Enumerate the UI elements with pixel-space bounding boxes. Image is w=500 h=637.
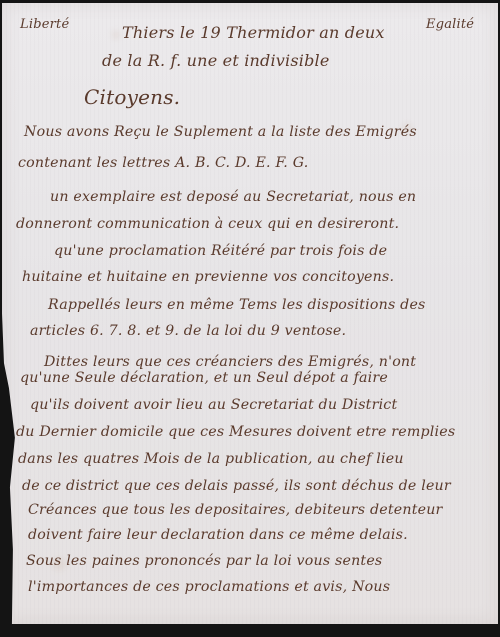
header-date-line: Thiers le 19 Thermidor an deux (122, 23, 385, 42)
body-line: Dittes leurs que ces créanciers des Emig… (44, 354, 416, 370)
body-line: donneront communication à ceux qui en de… (16, 216, 399, 232)
body-line: l'importances de ces proclamations et av… (28, 579, 390, 595)
body-line: un exemplaire est deposé au Secretariat,… (50, 189, 416, 205)
body-line: de ce district que ces delais passé, ils… (22, 478, 451, 494)
motto-liberte: Liberté (20, 17, 69, 32)
body-line: dans les quatres Mois de la publication,… (18, 451, 404, 467)
body-line: qu'une proclamation Réitéré par trois fo… (54, 243, 387, 259)
body-line: Nous avons Reçu le Suplement a la liste … (24, 124, 417, 140)
body-line: qu'ils doivent avoir lieu au Secretariat… (30, 397, 397, 413)
salutation: Citoyens. (84, 85, 180, 109)
body-line: Rappellés leurs en même Tems les disposi… (48, 297, 426, 313)
body-line: Sous les paines prononcés par la loi vou… (26, 553, 382, 569)
body-line: qu'une Seule déclaration, et un Seul dép… (20, 370, 388, 386)
motto-egalite: Egalité (426, 17, 474, 32)
body-line: Créances que tous les depositaires, debi… (28, 502, 443, 518)
paper-stain (112, 31, 120, 39)
body-line: articles 6. 7. 8. et 9. de la loi du 9 v… (30, 323, 346, 339)
header-republic-line: de la R. f. une et indivisible (102, 51, 330, 70)
photo-frame: Liberté Egalité Thiers le 19 Thermidor a… (0, 0, 500, 637)
body-line: doivent faire leur declaration dans ce m… (28, 527, 408, 543)
body-line: huitaine et huitaine en previenne vos co… (22, 269, 394, 285)
letter-paper: Liberté Egalité Thiers le 19 Thermidor a… (2, 3, 498, 624)
body-line: du Dernier domicile que ces Mesures doiv… (16, 424, 455, 440)
body-line: contenant les lettres A. B. C. D. E. F. … (18, 155, 308, 171)
